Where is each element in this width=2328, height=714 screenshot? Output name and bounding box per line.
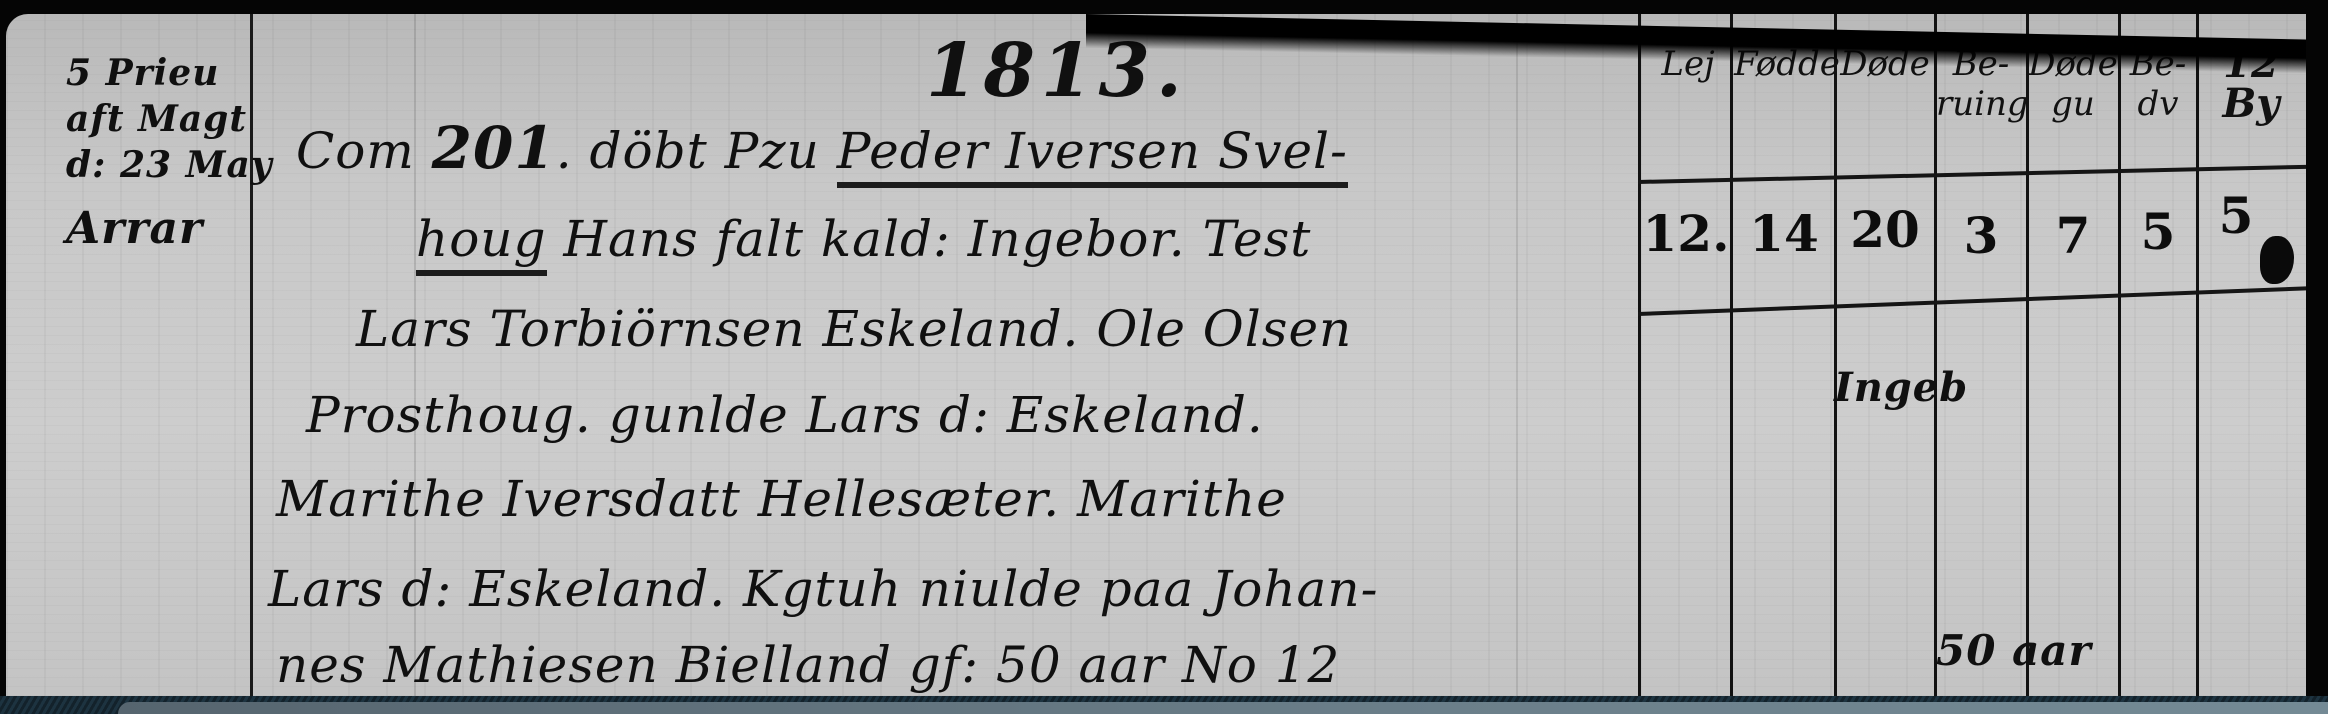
table-note-ingeb: Ingeb	[1834, 364, 1968, 411]
table-cell: 5	[2120, 202, 2196, 261]
ink-blot	[2260, 236, 2294, 284]
entry-text: . döbt Pzu	[556, 122, 837, 180]
table-note-age: 50 aar	[1936, 626, 2092, 675]
entry-text: Com	[296, 122, 432, 180]
table-cell: 12.	[1642, 204, 1730, 263]
entry-number: 201	[432, 114, 556, 182]
table-cell: 3	[1936, 206, 2026, 265]
table-column-rule	[1638, 14, 1641, 696]
row-rule	[1638, 286, 2306, 316]
margin-note: 5 Prieu aft Magt d: 23 May Arrar	[66, 50, 273, 252]
table-cell: 20	[1836, 200, 1934, 259]
viewer-bottom-panel[interactable]	[118, 702, 2328, 714]
table-cell: 14	[1734, 204, 1834, 263]
entry-line-7: nes Mathiesen Bielland gf: 50 aar No 12	[276, 636, 1340, 694]
scanned-page: 5 Prieu aft Magt d: 23 May Arrar 1813. C…	[6, 14, 2306, 696]
entry-line-4: Prosthoug. gunlde Lars d: Eskeland.	[306, 386, 1264, 444]
entry-line-5: Marithe Iversdatt Hellesæter. Marithe	[276, 470, 1287, 528]
table-cell: 7	[2028, 206, 2118, 265]
margin-note-line: aft Magt	[66, 96, 273, 142]
entry-line-2: houg Hans falt kald: Ingebor. Test	[416, 210, 1311, 268]
table-cell: 5	[2198, 186, 2274, 245]
entry-line-1: Com 201. döbt Pzu Peder Iversen Svel-	[296, 114, 1348, 182]
entry-line-6: Lars d: Eskeland. Kgtuh niulde paa Johan…	[268, 560, 1378, 618]
header-rule	[1638, 165, 2306, 184]
margin-note-line: d: 23 May	[66, 142, 273, 188]
underlined-place: houg	[416, 210, 547, 276]
entry-text: Hans falt kald: Ingebor. Test	[547, 210, 1312, 268]
underlined-name: Peder Iversen Svel-	[837, 122, 1348, 188]
margin-note-line: Arrar	[66, 206, 273, 252]
document-viewer: 5 Prieu aft Magt d: 23 May Arrar 1813. C…	[0, 0, 2328, 714]
table-column-rule	[1834, 14, 1837, 696]
margin-note-line: 5 Prieu	[66, 50, 273, 96]
entry-line-3: Lars Torbiörnsen Eskeland. Ole Olsen	[356, 300, 1352, 358]
table-column-rule	[1730, 14, 1733, 696]
ledger-table: Lej Fødde Døde Be- ruing Døde gu Be- dv …	[1638, 14, 2306, 696]
faint-rule	[1516, 14, 1518, 696]
